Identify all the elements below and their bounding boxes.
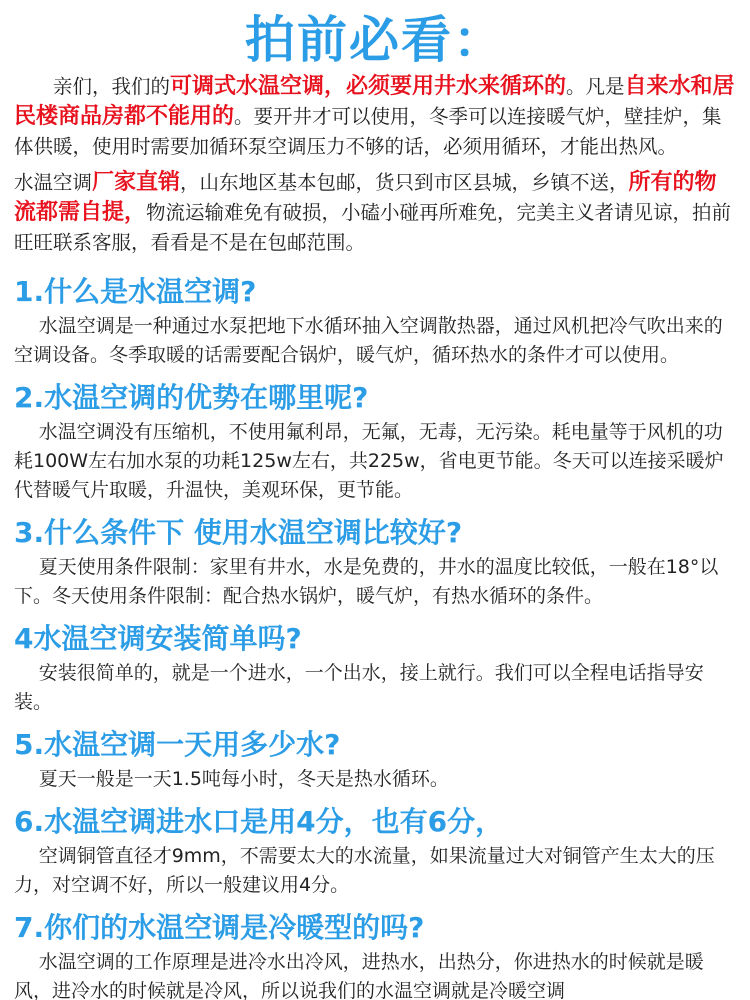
faq-question-3: 3.什么条件下 使用水温空调比较好? [14,513,736,553]
faq-answer-5: 夏天一般是一天1.5吨每小时，冬天是热水循环。 [14,765,736,794]
product-notice-page: 拍前必看： 亲们，我们的可调式水温空调，必须要用井水来循环的。凡是自来水和居民楼… [0,0,750,1000]
faq-answer-6: 空调铜管直径才9mm，不需要太大的水流量，如果流量过大对铜管产生太大的压力，对空… [14,842,736,900]
faq-section: 1.什么是水温空调? 水温空调是一种通过水泵把地下水循环抽入空调散热器，通过风机… [14,272,736,1000]
faq-answer-2: 水温空调没有压缩机，不使用氟利昂，无氟，无毒，无污染。耗电量等于风机的功耗100… [14,418,736,505]
faq-question-1: 1.什么是水温空调? [14,272,736,312]
faq-question-2: 2.水温空调的优势在哪里呢? [14,378,736,418]
faq-question-5: 5.水温空调一天用多少水? [14,725,736,765]
intro-paragraph-1: 亲们，我们的可调式水温空调，必须要用井水来循环的。凡是自来水和居民楼商品房都不能… [14,72,736,162]
intro-text: ，山东地区基本包邮，货只到市区县城，乡镇不送， [180,171,629,194]
faq-question-4: 4水温空调安装简单吗? [14,619,736,659]
faq-answer-3: 夏天使用条件限制：家里有井水，水是免费的，井水的温度比较低，一般在18°以下。冬… [14,553,736,611]
intro-text: 亲们，我们的 [53,75,170,98]
intro-section: 亲们，我们的可调式水温空调，必须要用井水来循环的。凡是自来水和居民楼商品房都不能… [14,72,736,258]
faq-question-6: 6.水温空调进水口是用4分，也有6分， [14,802,736,842]
faq-question-7: 7.你们的水温空调是冷暖型的吗? [14,908,736,948]
intro-text: 。凡是 [566,75,625,98]
intro-highlight: 可调式水温空调，必须要用井水来循环的 [170,74,566,99]
faq-answer-7: 水温空调的工作原理是进冷水出冷风，进热水，出热分，你进热水的时候就是暖风，进冷水… [14,948,736,1000]
page-title: 拍前必看： [14,0,736,72]
intro-paragraph-2: 水温空调厂家直销，山东地区基本包邮，货只到市区县城，乡镇不送，所有的物流都需自提… [14,168,736,258]
faq-answer-4: 安装很简单的，就是一个进水，一个出水，接上就行。我们可以全程电话指导安装。 [14,659,736,717]
intro-text: 水温空调 [14,171,92,194]
faq-answer-1: 水温空调是一种通过水泵把地下水循环抽入空调散热器，通过风机把冷气吹出来的空调设备… [14,312,736,370]
intro-highlight: 厂家直销 [92,170,180,195]
